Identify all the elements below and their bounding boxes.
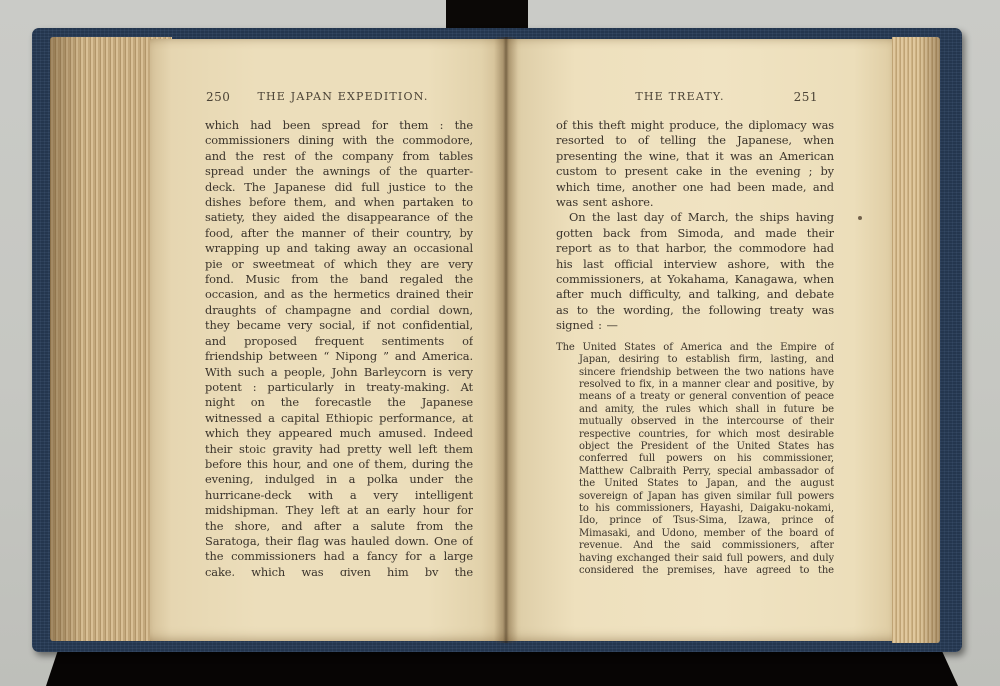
right-running-head: THE TREATY. bbox=[635, 90, 724, 103]
page-speck bbox=[858, 216, 862, 220]
book-gutter bbox=[494, 37, 518, 643]
treaty-preamble: The United States of America and the Emp… bbox=[556, 342, 834, 576]
left-page-header: 250 THE JAPAN EXPEDITION. bbox=[205, 90, 473, 105]
left-page-text: 250 THE JAPAN EXPEDITION. which had been… bbox=[205, 90, 473, 576]
right-paragraph-2: On the last day of March, the ships havi… bbox=[556, 210, 834, 333]
right-page-number: 251 bbox=[794, 90, 818, 104]
page-edges-right bbox=[892, 37, 940, 643]
book-photograph: 250 THE JAPAN EXPEDITION. which had been… bbox=[0, 0, 1000, 686]
left-page-number: 250 bbox=[206, 90, 230, 104]
left-page-body: which had been spread for them : the com… bbox=[205, 118, 473, 576]
left-running-head: THE JAPAN EXPEDITION. bbox=[249, 90, 428, 103]
right-paragraph-1: of this theft might produce, the diploma… bbox=[556, 118, 834, 210]
right-page-header: THE TREATY. 251 bbox=[556, 90, 834, 105]
right-page-text: THE TREATY. 251 of this theft might prod… bbox=[556, 90, 834, 576]
